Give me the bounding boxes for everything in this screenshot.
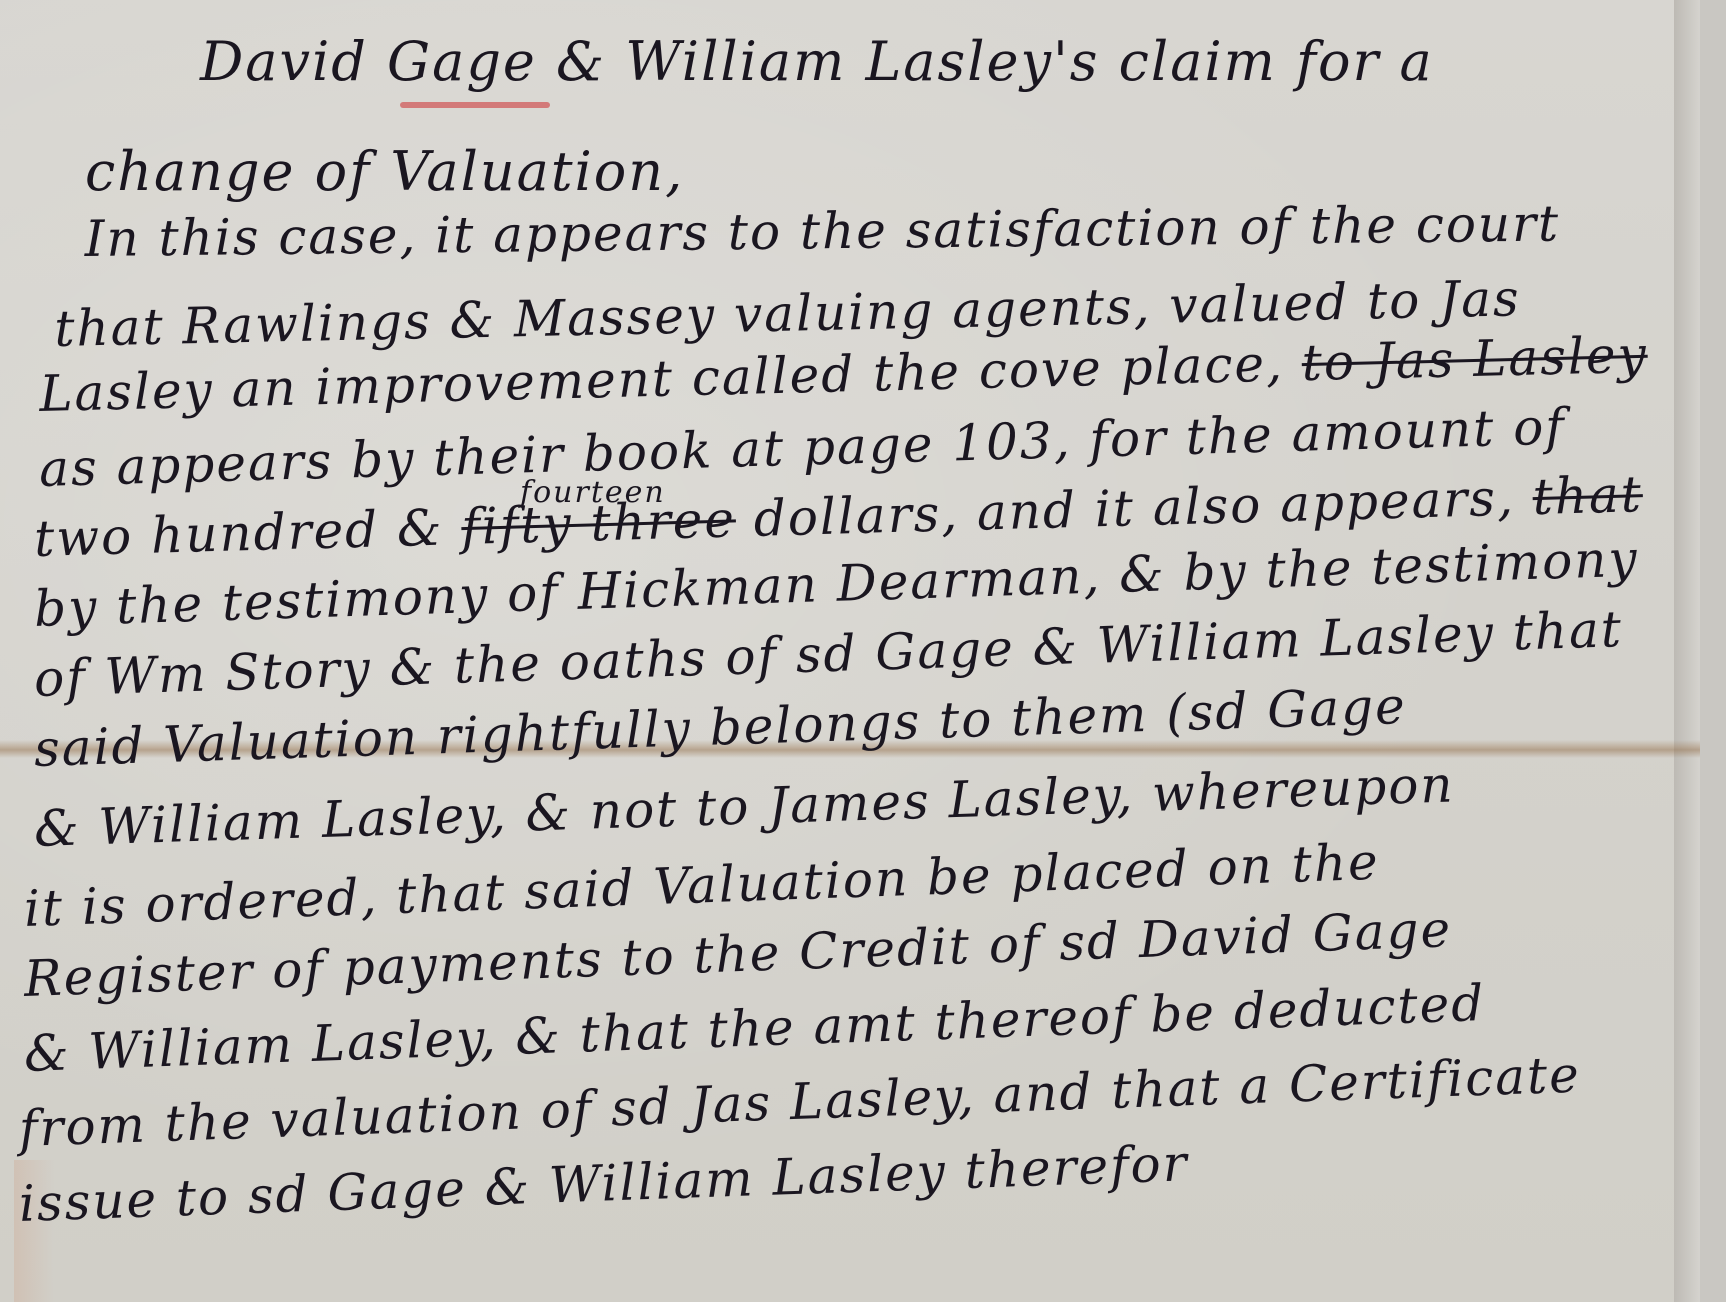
heading-line-2: change of Valuation, [85,140,684,203]
paper-edge [1674,0,1700,1302]
body-line-1: In this case, it appears to the satisfac… [84,195,1560,268]
red-underline-mark [400,102,550,108]
struck-text: to Jas Lasley [1301,326,1648,392]
document-page: David Gage & William Lasley's claim for … [0,0,1700,1302]
body-line-5a: two hundred & [33,499,444,568]
heading-line-1: David Gage & William Lasley's claim for … [200,30,1434,93]
struck-text: that [1532,465,1644,526]
struck-text: fifty three [461,490,737,556]
